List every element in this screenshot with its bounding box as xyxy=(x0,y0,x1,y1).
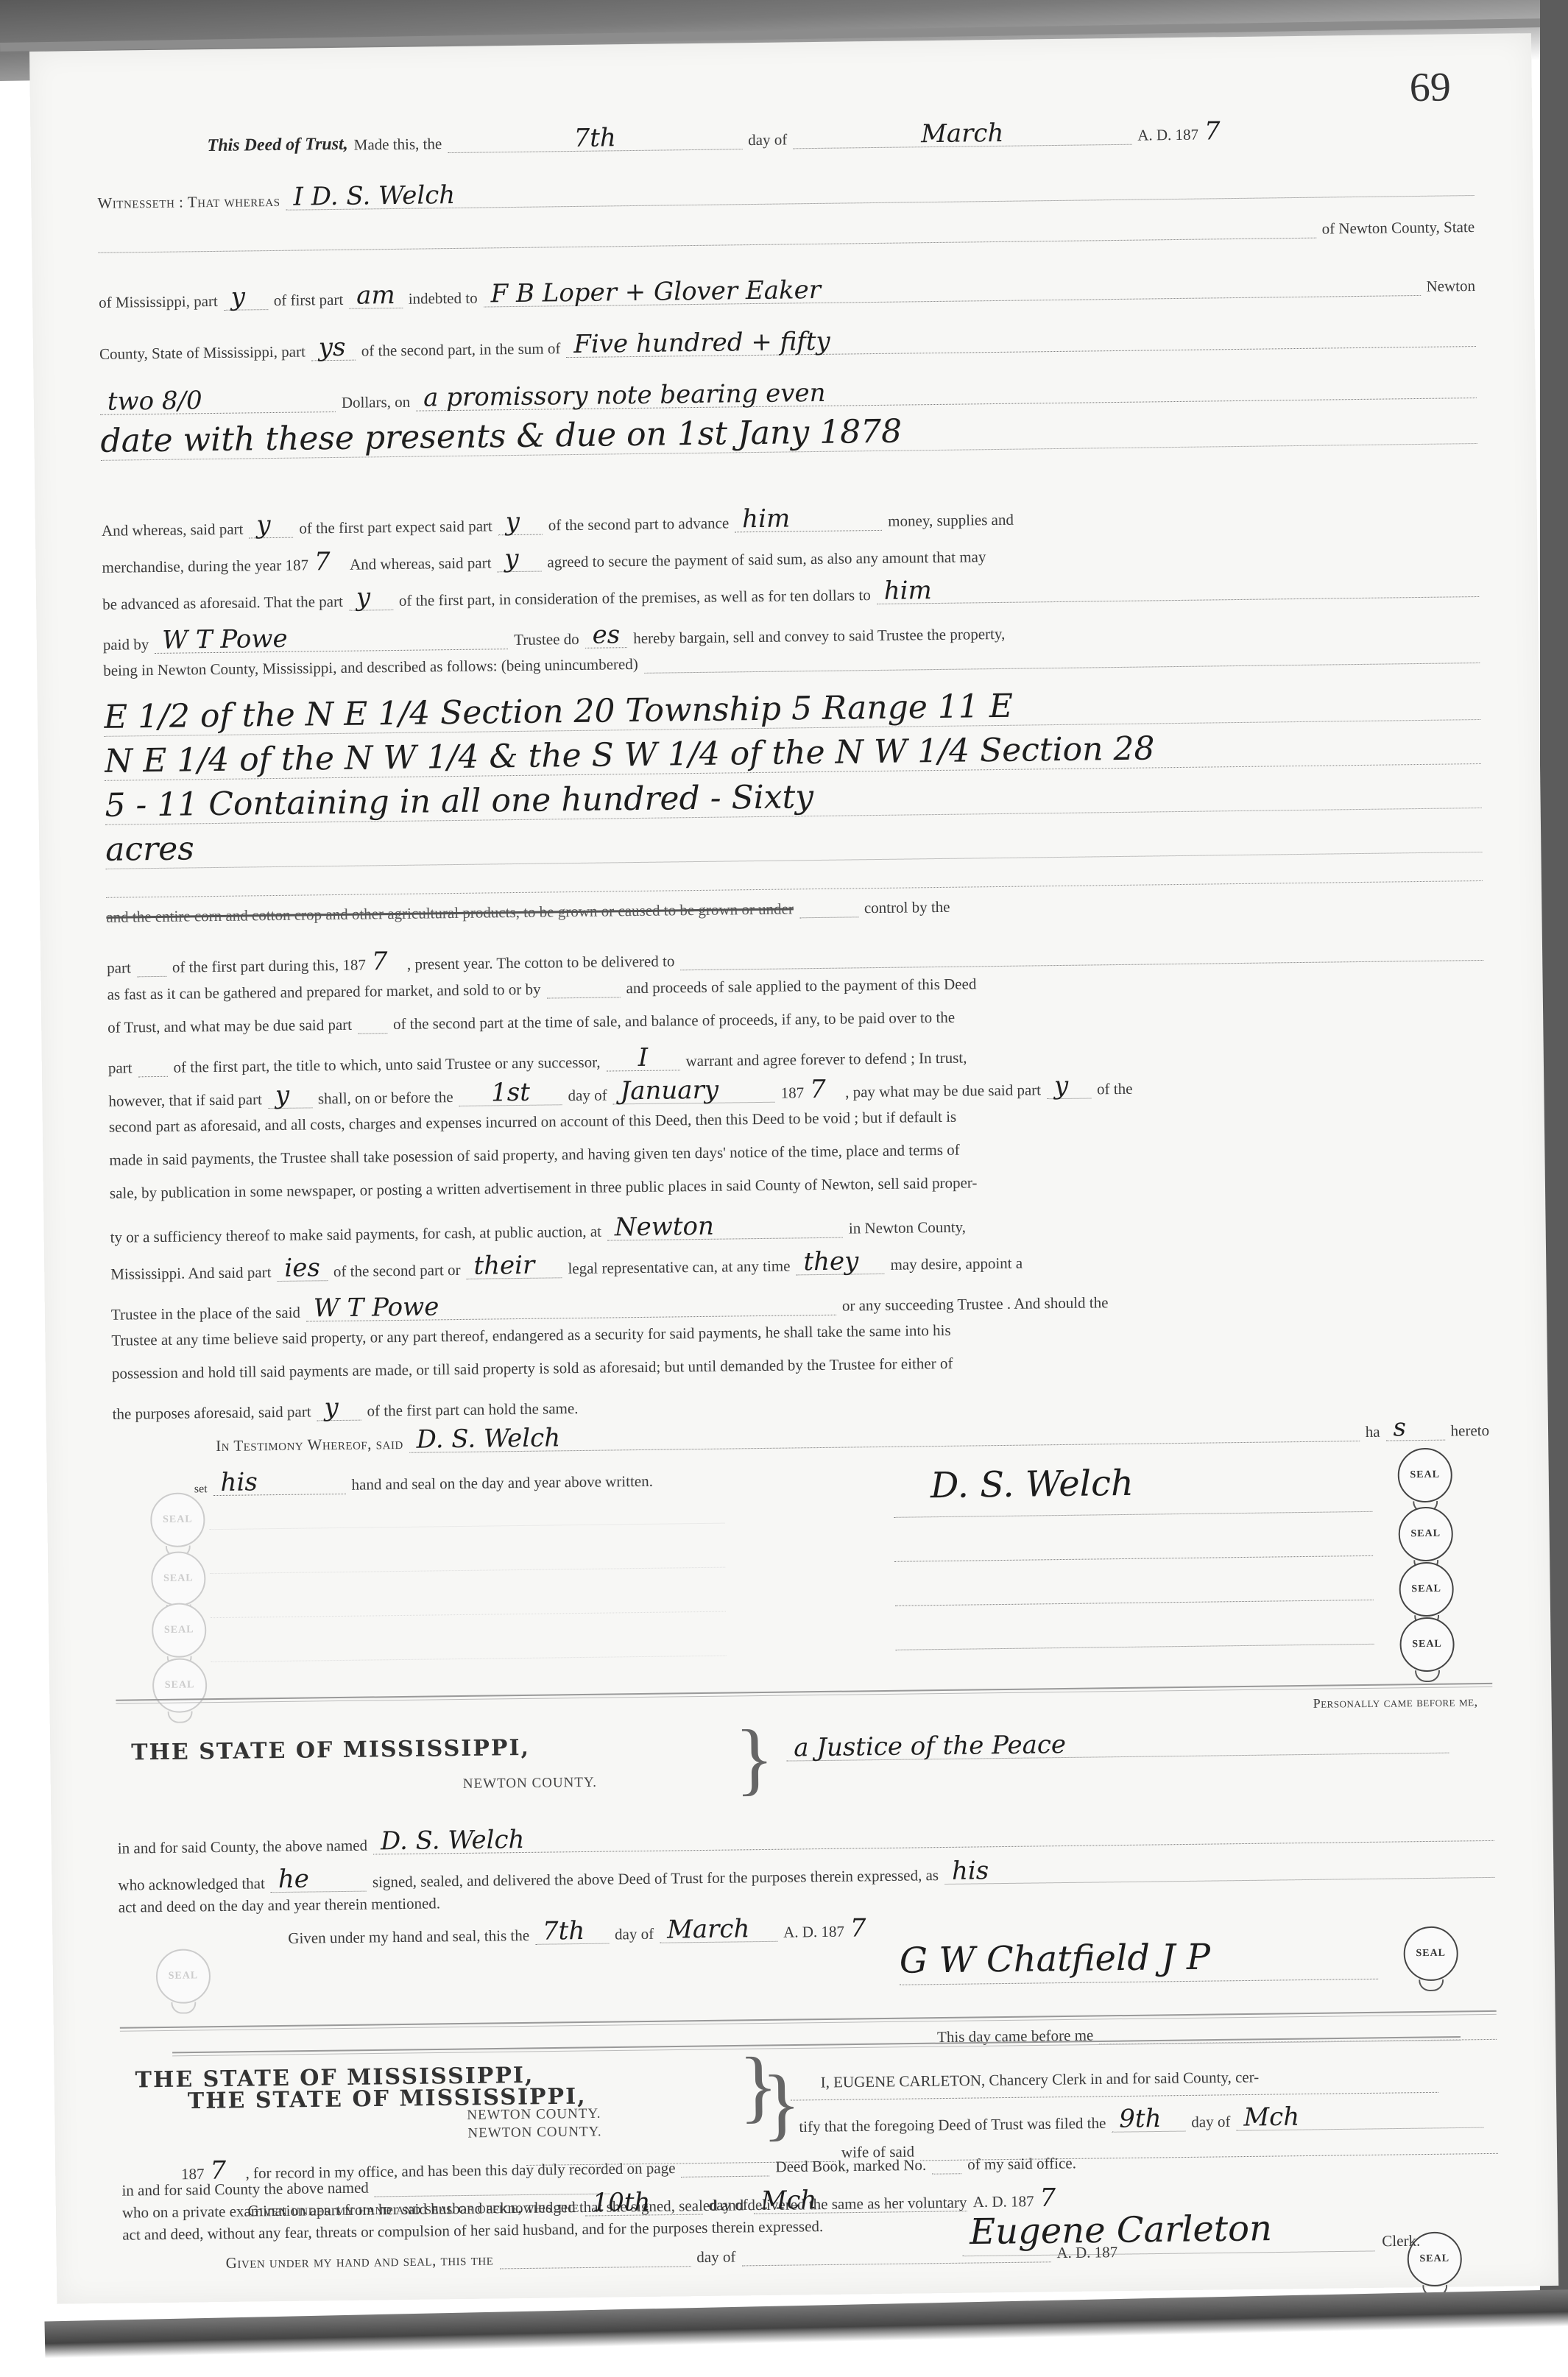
given-day-field: 10th xyxy=(585,2189,702,2217)
filed-month-field: Mch xyxy=(1236,2102,1483,2131)
book-no-blank xyxy=(932,2173,961,2174)
year-field: 7 xyxy=(1039,2185,1069,2210)
state-heading: THE STATE OF MISSISSIPPI, xyxy=(188,2083,587,2114)
label: Deed Book, marked No. xyxy=(775,2156,926,2176)
page-blank xyxy=(682,2175,770,2177)
label: of my said office. xyxy=(967,2154,1076,2174)
year-field: 7 xyxy=(210,2158,239,2183)
label: day of xyxy=(1191,2113,1230,2132)
label: tify that the foregoing Deed of Trust wa… xyxy=(799,2114,1106,2136)
section-divider xyxy=(172,2036,1461,2056)
clerk-certificate-layer: THE STATE OF MISSISSIPPI, NEWTON COUNTY.… xyxy=(0,0,1568,2377)
given-month-field: Mch xyxy=(753,2186,967,2214)
label: A. D. 187 xyxy=(973,2192,1034,2211)
label: day of xyxy=(709,2196,748,2215)
label: 187 xyxy=(181,2165,205,2183)
brace-icon: } xyxy=(761,2063,801,2144)
filed-day-field: 9th xyxy=(1112,2106,1185,2133)
county-label: NEWTON COUNTY. xyxy=(467,2124,601,2141)
label: , for record in my office, and has been … xyxy=(245,2159,675,2183)
clerk-label: Clerk. xyxy=(1382,2232,1420,2251)
clerk-given-row: Given under my hand and seal of office, … xyxy=(247,2184,1069,2220)
clerk-record-row: 187 7 , for record in my office, and has… xyxy=(181,2143,1484,2184)
clerk-intro: I, EUGENE CARLETON, Chancery Clerk in an… xyxy=(820,2068,1259,2091)
clerk-signature: Eugene Carleton xyxy=(970,2208,1272,2253)
clerk-filed-row: tify that the foregoing Deed of Trust wa… xyxy=(799,2102,1483,2136)
label: Given under my hand and seal of office, … xyxy=(248,2198,579,2220)
